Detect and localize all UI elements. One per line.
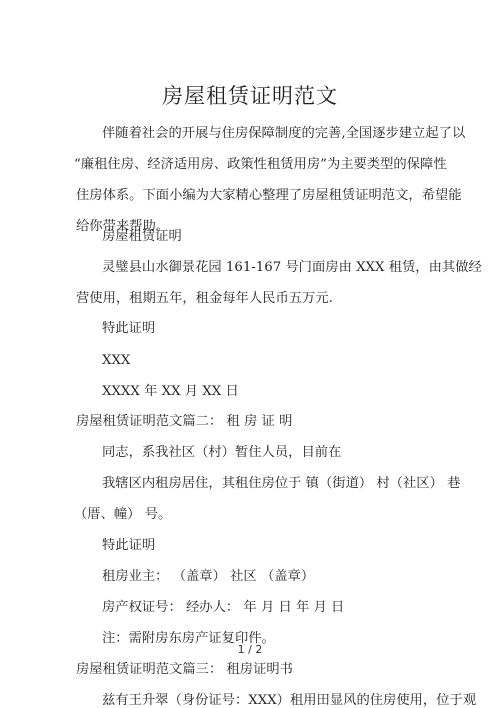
paragraph-line: 伴随着社会的开展与住房保障制度的完善,全国逐步建立起了以	[102, 126, 465, 142]
section-heading: 房屋租赁证明范文篇三： 租房证明书	[76, 662, 293, 678]
date-line: XXXX 年 XX 月 XX 日	[102, 384, 239, 400]
paragraph-line: 同志，系我社区（村）暂住人员，目前在	[102, 445, 341, 461]
page-indicator: 1 / 2	[0, 643, 500, 656]
paragraph-line: 营使用，租期五年，租金每年人民币五万元.	[76, 291, 333, 307]
signature-line: XXX	[102, 353, 130, 369]
paragraph-line: 灵璧县山水御景花园 161-167 号门面房由 XXX 租赁，由其做经	[102, 260, 482, 276]
paragraph-line: 特此证明	[102, 538, 155, 554]
paragraph-line: 房产权证号： 经办人： 年 月 日 年 月 日	[102, 600, 344, 616]
section-heading: 房屋租赁证明范文篇二： 租 房 证 明	[76, 414, 292, 430]
paragraph-line: “廉租住房、经济适用房、政策性租赁用房”为主要类型的保障性	[74, 157, 447, 173]
paragraph-line: （厝、幢） 号。	[74, 507, 171, 523]
document-title: 房屋租赁证明范文	[0, 80, 500, 110]
paragraph-line: 租房业主： （盖章） 社区 （盖章）	[102, 569, 314, 585]
section-heading: 房屋租赁证明	[102, 229, 182, 245]
paragraph-line: 我辖区内租房居住，其租住房位于 镇（街道） 村（社区） 巷	[102, 476, 460, 492]
paragraph-line: 住房体系。下面小编为大家精心整理了房屋租赁证明范文，希望能	[76, 188, 462, 204]
paragraph-line: 兹有王升翠（身份证号：XXX）租用田显风的住房使用，位于观	[102, 693, 476, 708]
document-page: 房屋租赁证明范文 伴随着社会的开展与住房保障制度的完善,全国逐步建立起了以 “廉…	[0, 0, 500, 708]
paragraph-line: 特此证明	[102, 321, 155, 337]
